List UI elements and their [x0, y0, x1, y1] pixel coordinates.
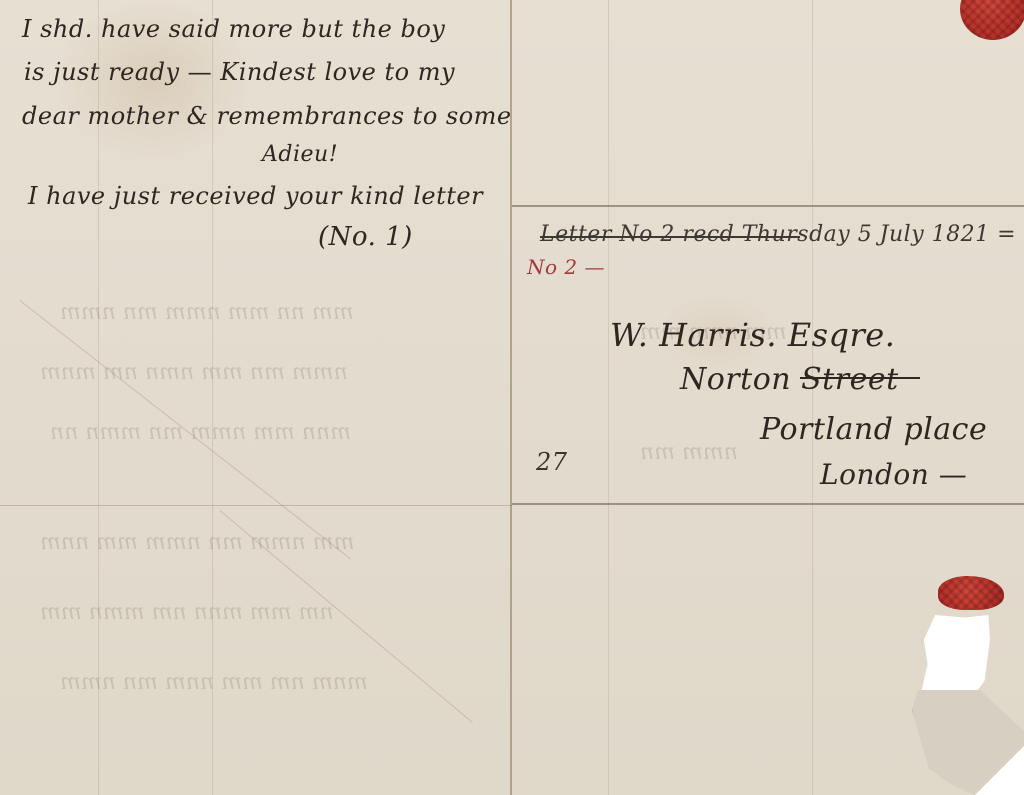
wax-seal-icon [938, 576, 1004, 610]
bleed-through-text: mm nmm mn nmm mm nnm [40, 530, 354, 555]
address-strikethrough [800, 377, 920, 379]
faint-fold-line [608, 0, 609, 795]
letter-line: dear mother & remembrances to some [22, 102, 512, 130]
faint-fold-line [812, 0, 813, 795]
address-top-fold-line [512, 205, 1024, 207]
letter-line: is just ready — Kindest love to my [24, 58, 455, 86]
bleed-through-text: mnn mm nmm mn mmn nn [50, 420, 351, 445]
page-number: 27 [536, 448, 568, 476]
bleed-through-text: nmm mn mm nmn nm mnm [40, 360, 348, 385]
docket-strikethrough [540, 236, 800, 238]
letter-postscript: I have just received your kind letter [28, 182, 483, 210]
letter-closing: Adieu! [262, 142, 338, 167]
bleed-through-text: nm mm mnn nm mmn mm [40, 600, 334, 625]
address-street: Norton Street [680, 362, 899, 397]
letter-reference-number: (No. 1) [318, 222, 413, 252]
address-bottom-fold-line [512, 503, 1024, 505]
docket-date: Letter No 2 recd Thursday 5 July 1821 = [540, 222, 1016, 247]
addressee-name: W. Harris. Esqre. [610, 316, 895, 354]
address-locality: Portland place [760, 412, 987, 447]
outer-fold-top [512, 0, 1024, 205]
bleed-through-text: nmm mn [640, 440, 738, 465]
letter-line: I shd. have said more but the boy [22, 15, 445, 43]
left-horizontal-fold-line [0, 505, 512, 506]
letter-sheet: mm nn mm nmm mn nmm nmm mn mm nmn nm mnm… [0, 0, 1024, 795]
bleed-through-text: mnm nm mm nnm mn nmm [60, 670, 368, 695]
docket-red-number: No 2 — [527, 255, 605, 279]
address-city: London — [820, 458, 967, 491]
bleed-through-text: mm nn mm nmm mn nmm [60, 300, 354, 325]
